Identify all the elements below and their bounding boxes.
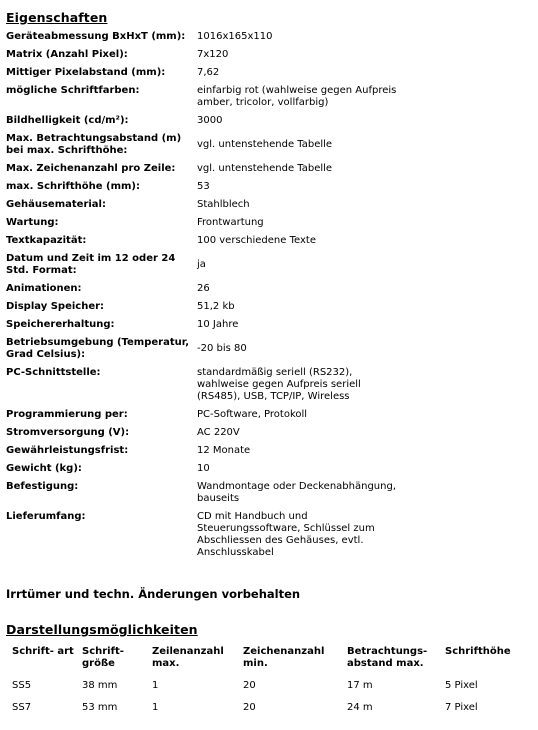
property-label: Befestigung: [6, 481, 197, 511]
property-row: Max. Zeichenanzahl pro Zeile:vgl. untens… [6, 163, 397, 181]
property-row: Datum und Zeit im 12 oder 24 Std. Format… [6, 253, 397, 283]
property-row: max. Schrifthöhe (mm):53 [6, 181, 397, 199]
table-row: SS538 mm12017 m5 Pixel [12, 680, 515, 702]
property-value: 7x120 [197, 49, 397, 67]
table-cell: 7 Pixel [445, 702, 515, 724]
column-header: Zeilenanzahl max. [152, 646, 243, 680]
table-cell: SS5 [12, 680, 82, 702]
properties-heading: Eigenschaften [6, 10, 107, 25]
table-cell: 1 [152, 702, 243, 724]
property-label: Max. Betrachtungsabstand (m) bei max. Sc… [6, 133, 197, 163]
property-row: Gewicht (kg):10 [6, 463, 397, 481]
property-label: Max. Zeichenanzahl pro Zeile: [6, 163, 197, 181]
property-label: Animationen: [6, 283, 197, 301]
table-cell: SS7 [12, 702, 82, 724]
property-label: Display Speicher: [6, 301, 197, 319]
property-row: PC-Schnittstelle:standardmäßig seriell (… [6, 367, 397, 409]
property-row: mögliche Schriftfarben:einfarbig rot (wa… [6, 85, 397, 115]
property-value: AC 220V [197, 427, 397, 445]
property-label: Datum und Zeit im 12 oder 24 Std. Format… [6, 253, 197, 283]
property-label: Gewicht (kg): [6, 463, 197, 481]
property-value: vgl. untenstehende Tabelle [197, 133, 397, 163]
property-value: vgl. untenstehende Tabelle [197, 163, 397, 181]
column-header: Betrachtungs- abstand max. [347, 646, 445, 680]
property-value: 1016x165x110 [197, 31, 397, 49]
property-value: 3000 [197, 115, 397, 133]
property-value: 26 [197, 283, 397, 301]
table-cell: 38 mm [82, 680, 152, 702]
property-label: Bildhelligkeit (cd/m²): [6, 115, 197, 133]
table-cell: 17 m [347, 680, 445, 702]
property-row: Textkapazität:100 verschiedene Texte [6, 235, 397, 253]
property-value: CD mit Handbuch und Steuerungssoftware, … [197, 511, 397, 565]
property-value: PC-Software, Protokoll [197, 409, 397, 427]
property-label: Textkapazität: [6, 235, 197, 253]
property-value: -20 bis 80 [197, 337, 397, 367]
table-cell: 20 [243, 680, 347, 702]
properties-table: Geräteabmessung BxHxT (mm):1016x165x110M… [6, 31, 397, 565]
property-label: Speichererhaltung: [6, 319, 197, 337]
table-row: SS753 mm12024 m7 Pixel [12, 702, 515, 724]
property-value: ja [197, 253, 397, 283]
property-value: 100 verschiedene Texte [197, 235, 397, 253]
property-row: Lieferumfang:CD mit Handbuch und Steueru… [6, 511, 397, 565]
table-cell: 24 m [347, 702, 445, 724]
property-label: Gewährleistungsfrist: [6, 445, 197, 463]
property-value: Wandmontage oder Deckenabhängung, bausei… [197, 481, 397, 511]
property-row: Betriebsumgebung (Temperatur, Grad Celsi… [6, 337, 397, 367]
property-value: einfarbig rot (wahlweise gegen Aufpreis … [197, 85, 397, 115]
property-value: 10 [197, 463, 397, 481]
property-row: Gewährleistungsfrist:12 Monate [6, 445, 397, 463]
display-options-table: Schrift- artSchrift- größeZeilenanzahl m… [12, 646, 515, 724]
property-label: PC-Schnittstelle: [6, 367, 197, 409]
property-row: Stromversorgung (V):AC 220V [6, 427, 397, 445]
display-options-heading: Darstellungsmöglichkeiten [6, 622, 198, 637]
property-label: Geräteabmessung BxHxT (mm): [6, 31, 197, 49]
property-row: Wartung:Frontwartung [6, 217, 397, 235]
property-label: Wartung: [6, 217, 197, 235]
table-cell: 1 [152, 680, 243, 702]
column-header: Schrift- größe [82, 646, 152, 680]
property-row: Geräteabmessung BxHxT (mm):1016x165x110 [6, 31, 397, 49]
property-value: Frontwartung [197, 217, 397, 235]
property-row: Befestigung:Wandmontage oder Deckenabhän… [6, 481, 397, 511]
column-header: Schrift- art [12, 646, 82, 680]
disclaimer-text: Irrtümer und techn. Änderungen vorbehalt… [6, 587, 300, 601]
column-header: Schrifthöhe [445, 646, 515, 680]
property-label: Programmierung per: [6, 409, 197, 427]
property-row: Mittiger Pixelabstand (mm):7,62 [6, 67, 397, 85]
property-label: Stromversorgung (V): [6, 427, 197, 445]
property-label: Gehäusematerial: [6, 199, 197, 217]
property-row: Display Speicher:51,2 kb [6, 301, 397, 319]
property-label: Betriebsumgebung (Temperatur, Grad Celsi… [6, 337, 197, 367]
table-cell: 5 Pixel [445, 680, 515, 702]
property-label: max. Schrifthöhe (mm): [6, 181, 197, 199]
property-value: standardmäßig seriell (RS232), wahlweise… [197, 367, 397, 409]
property-value: 12 Monate [197, 445, 397, 463]
property-row: Animationen:26 [6, 283, 397, 301]
property-value: 10 Jahre [197, 319, 397, 337]
table-cell: 20 [243, 702, 347, 724]
property-row: Programmierung per:PC-Software, Protokol… [6, 409, 397, 427]
property-value: 51,2 kb [197, 301, 397, 319]
table-cell: 53 mm [82, 702, 152, 724]
property-label: Matrix (Anzahl Pixel): [6, 49, 197, 67]
property-label: mögliche Schriftfarben: [6, 85, 197, 115]
property-row: Bildhelligkeit (cd/m²):3000 [6, 115, 397, 133]
property-label: Lieferumfang: [6, 511, 197, 565]
property-label: Mittiger Pixelabstand (mm): [6, 67, 197, 85]
property-row: Max. Betrachtungsabstand (m) bei max. Sc… [6, 133, 397, 163]
property-value: 53 [197, 181, 397, 199]
property-row: Speichererhaltung:10 Jahre [6, 319, 397, 337]
column-header: Zeichenanzahl min. [243, 646, 347, 680]
property-row: Gehäusematerial:Stahlblech [6, 199, 397, 217]
property-row: Matrix (Anzahl Pixel):7x120 [6, 49, 397, 67]
property-value: Stahlblech [197, 199, 397, 217]
property-value: 7,62 [197, 67, 397, 85]
